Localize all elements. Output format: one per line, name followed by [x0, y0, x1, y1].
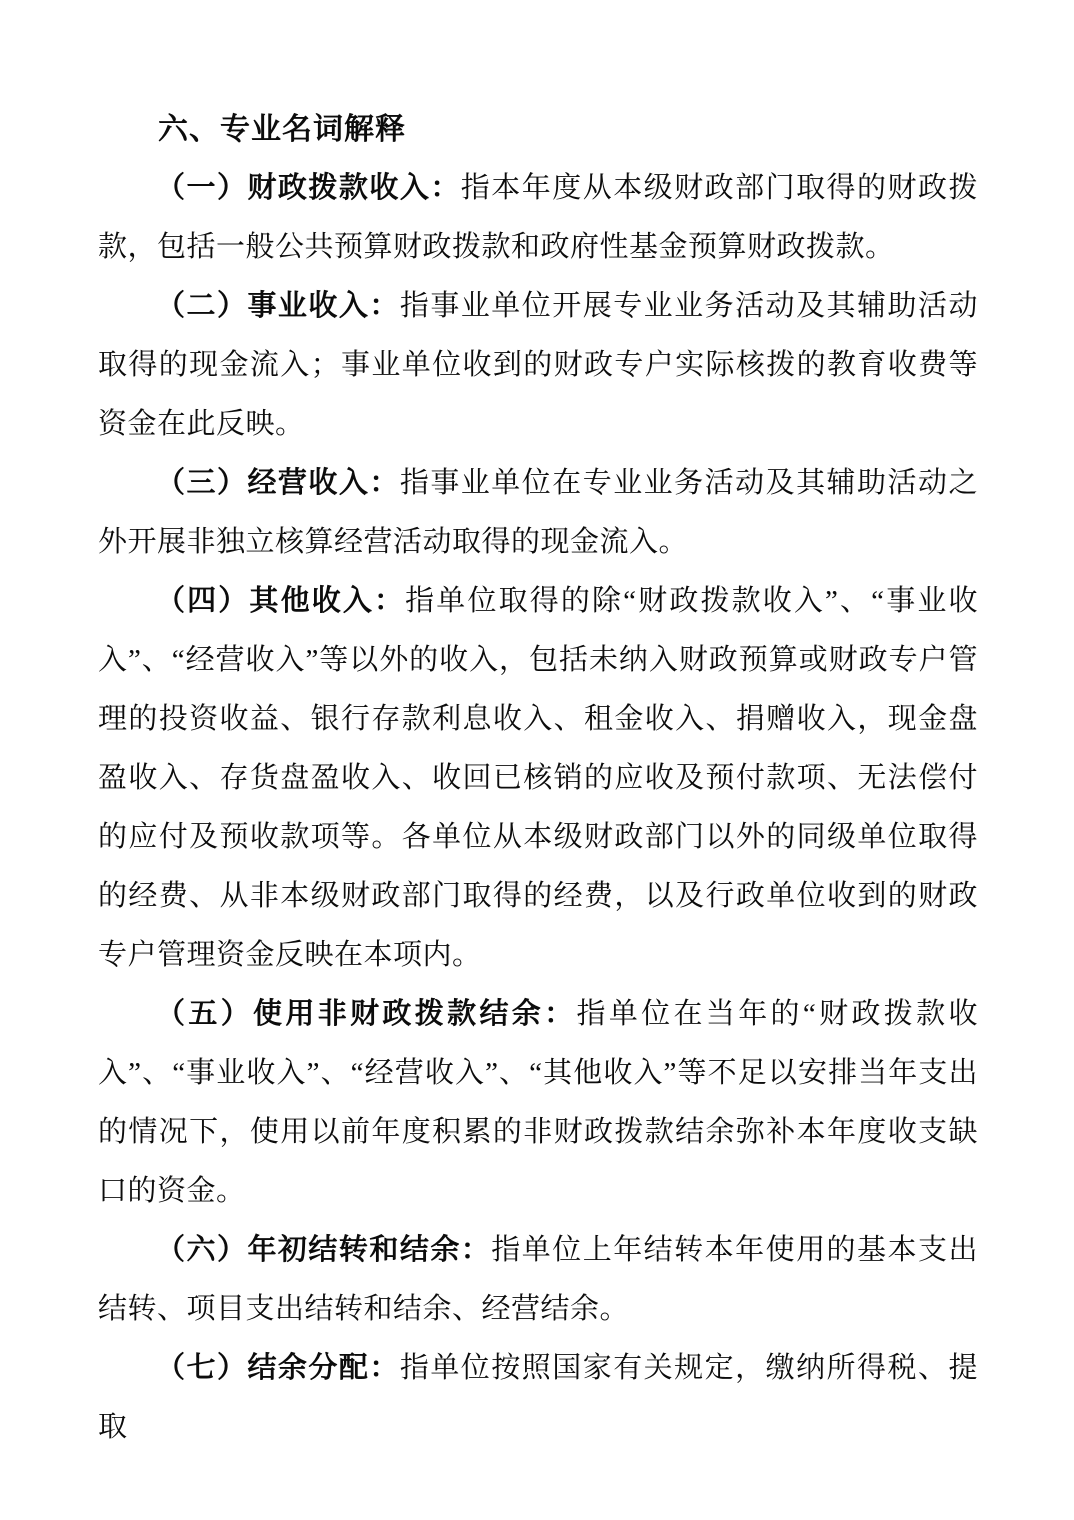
definition-paragraph-7: （七）结余分配：指单位按照国家有关规定，缴纳所得税、提取	[98, 1339, 978, 1457]
definition-paragraph-1: （一）财政拨款收入：指本年度从本级财政部门取得的财政拨款，包括一般公共预算财政拨…	[98, 159, 978, 277]
term-label: （五）使用非财政拨款结余：	[156, 998, 576, 1030]
term-label: （四）其他收入：	[156, 585, 405, 617]
definition-paragraph-2: （二）事业收入：指事业单位开展专业业务活动及其辅助活动取得的现金流入；事业单位收…	[98, 277, 978, 454]
document-content: 六、专业名词解释 （一）财政拨款收入：指本年度从本级财政部门取得的财政拨款，包括…	[98, 100, 978, 1457]
definition-paragraph-4: （四）其他收入：指单位取得的除“财政拨款收入”、“事业收入”、“经营收入”等以外…	[98, 572, 978, 985]
section-heading: 六、专业名词解释	[98, 100, 978, 159]
definition-paragraph-5: （五）使用非财政拨款结余：指单位在当年的“财政拨款收入”、“事业收入”、“经营收…	[98, 985, 978, 1221]
term-label: （六）年初结转和结余：	[156, 1234, 491, 1266]
term-label: （三）经营收入：	[156, 467, 400, 499]
term-label: （七）结余分配：	[156, 1352, 400, 1384]
term-definition: 指单位取得的除“财政拨款收入”、“事业收入”、“经营收入”等以外的收入，包括未纳…	[98, 585, 978, 971]
document-page: 六、专业名词解释 （一）财政拨款收入：指本年度从本级财政部门取得的财政拨款，包括…	[0, 0, 1074, 1520]
term-label: （一）财政拨款收入：	[156, 172, 461, 204]
definition-paragraph-3: （三）经营收入：指事业单位在专业业务活动及其辅助活动之外开展非独立核算经营活动取…	[98, 454, 978, 572]
definition-paragraph-6: （六）年初结转和结余：指单位上年结转本年使用的基本支出结转、项目支出结转和结余、…	[98, 1221, 978, 1339]
term-label: （二）事业收入：	[156, 290, 400, 322]
